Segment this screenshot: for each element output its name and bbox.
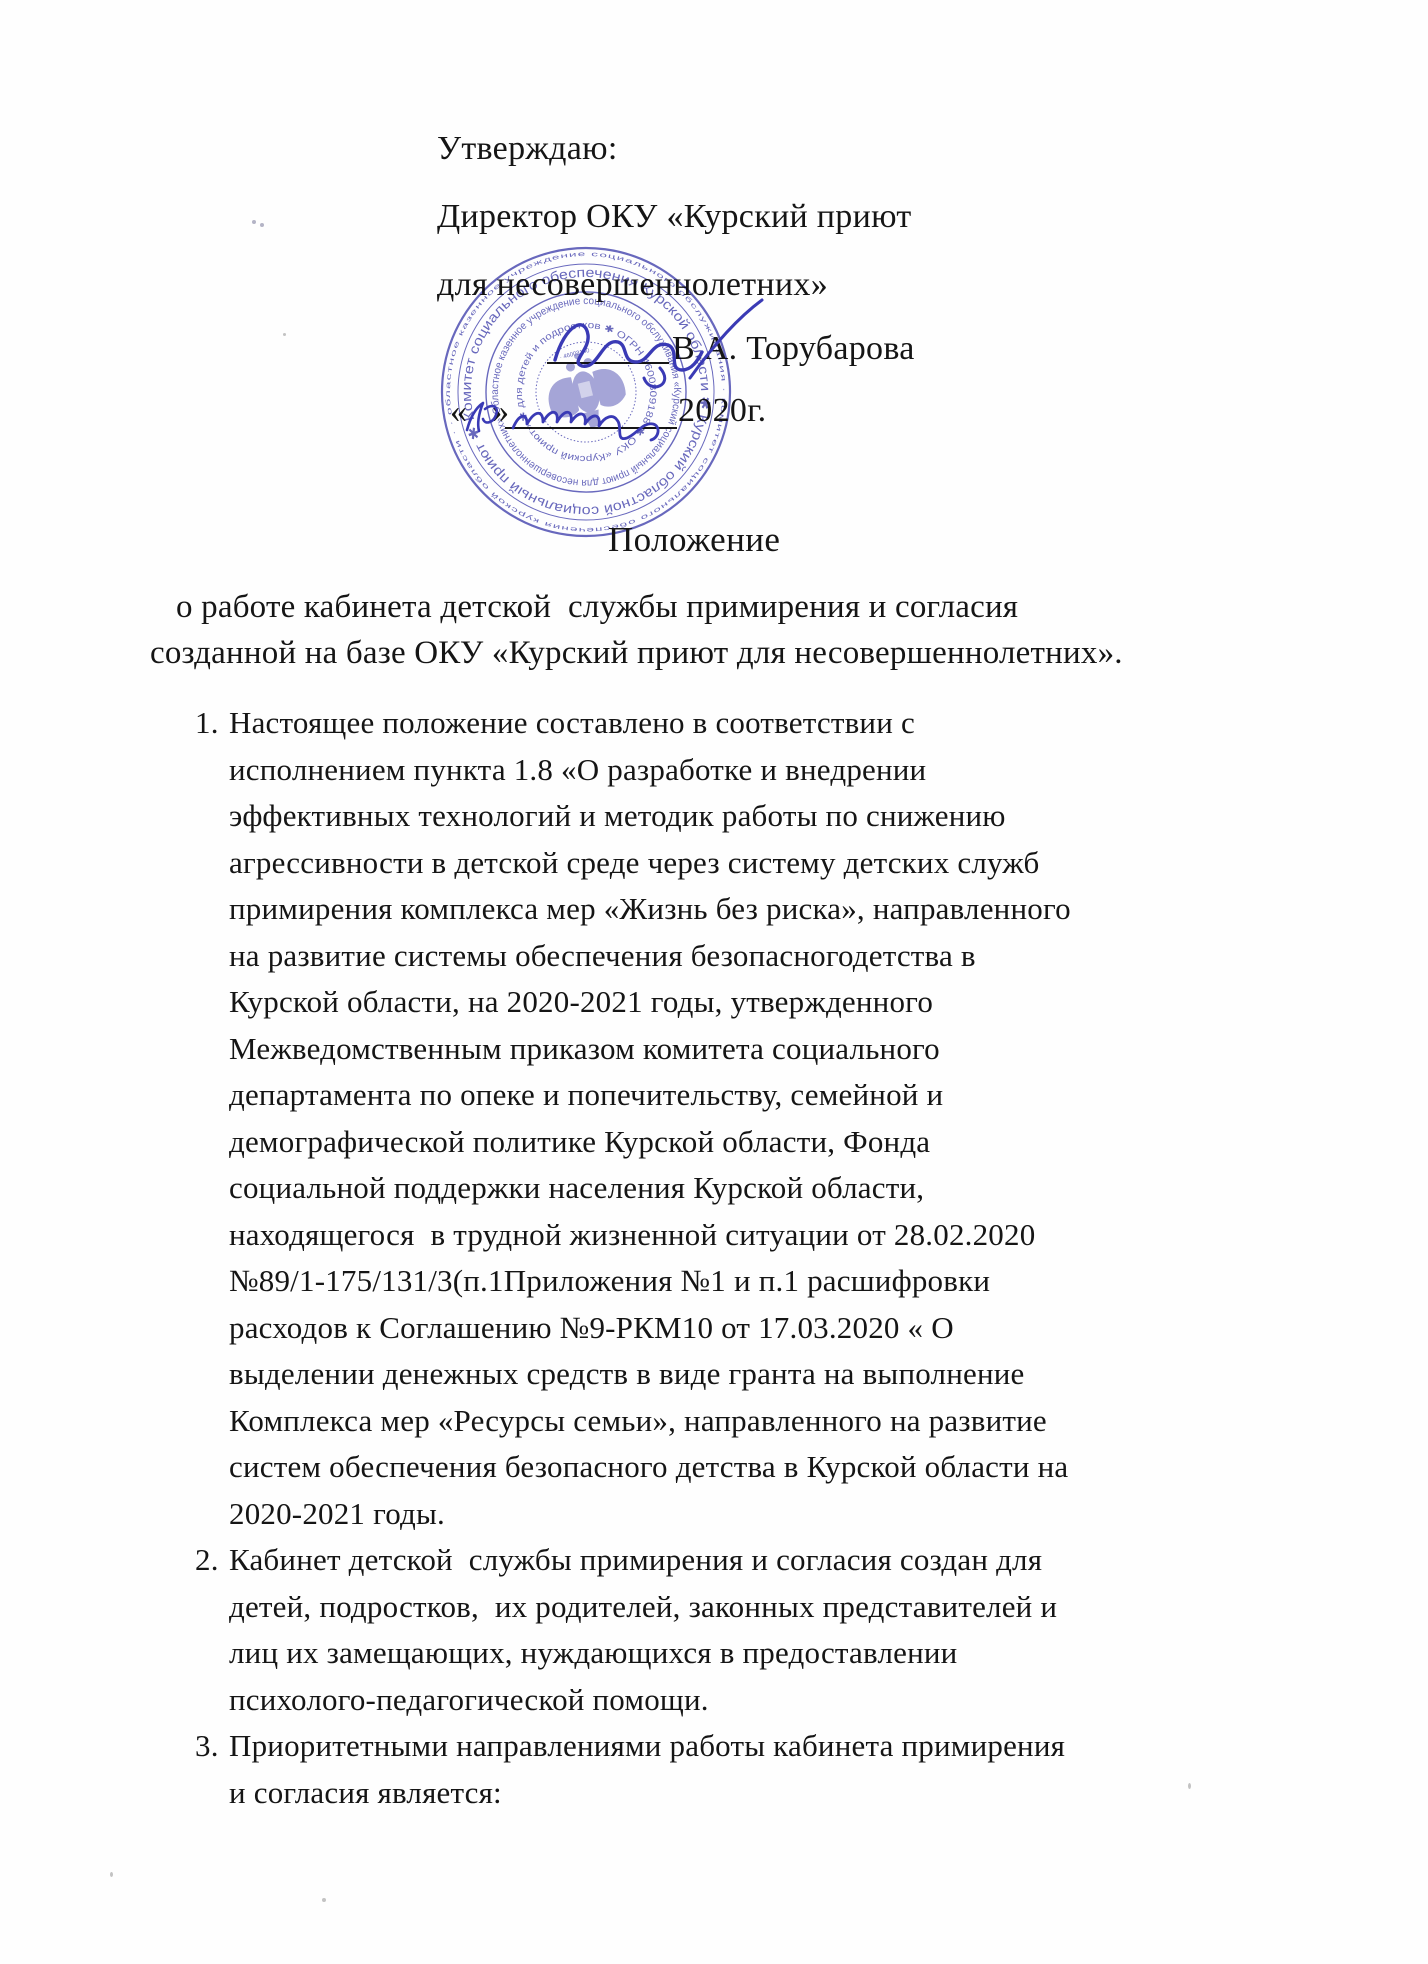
- subtitle-line-1: о работе кабинета детской службы примире…: [176, 589, 1018, 626]
- text-line: департамента по опеке и попечительству, …: [229, 1072, 1195, 1119]
- subtitle-line-2: созданной на базе ОКУ «Курский приют для…: [150, 635, 1123, 672]
- item-number: 3.: [195, 1723, 229, 1770]
- scan-speck: [283, 333, 286, 336]
- document-title: Положение: [608, 520, 780, 560]
- item-lines: Настоящее положение составлено в соответ…: [229, 700, 1195, 1537]
- item-number: 1.: [195, 700, 229, 747]
- text-line: выделении денежных средств в виде гранта…: [229, 1351, 1195, 1398]
- text-line: и согласия является:: [229, 1770, 1195, 1817]
- text-line: Приоритетными направлениями работы кабин…: [229, 1723, 1195, 1770]
- scan-speck: [252, 220, 256, 224]
- list-item: 1. Настоящее положение составлено в соот…: [195, 700, 1195, 1537]
- scan-speck: [1188, 1783, 1191, 1789]
- text-line: Комплекса мер «Ресурсы семьи», направлен…: [229, 1398, 1195, 1445]
- handwritten-signature: [540, 290, 790, 405]
- handwritten-day: [455, 395, 505, 440]
- text-line: агрессивности в детской среде через сист…: [229, 840, 1195, 887]
- text-line: исполнением пункта 1.8 «О разработке и в…: [229, 747, 1195, 794]
- text-line: Настоящее положение составлено в соответ…: [229, 700, 1195, 747]
- text-line: №89/1-175/131/3(п.1Приложения №1 и п.1 р…: [229, 1258, 1195, 1305]
- scan-speck: [110, 1872, 113, 1877]
- text-line: Межведомственным приказом комитета социа…: [229, 1026, 1195, 1073]
- scanned-document-page: Утверждаю: Директор ОКУ «Курский приют д…: [0, 0, 1428, 1964]
- text-line: Курской области, на 2020-2021 годы, утве…: [229, 979, 1195, 1026]
- text-line: детей, подростков, их родителей, законны…: [229, 1584, 1195, 1631]
- list-item: 3. Приоритетными направлениями работы ка…: [195, 1723, 1195, 1816]
- text-line: лиц их замещающих, нуждающихся в предост…: [229, 1630, 1195, 1677]
- item-lines: Кабинет детской службы примирения и согл…: [229, 1537, 1195, 1723]
- item-lines: Приоритетными направлениями работы кабин…: [229, 1723, 1195, 1816]
- document-body: 1. Настоящее положение составлено в соот…: [195, 700, 1195, 1816]
- text-line: расходов к Соглашению №9-РКМ10 от 17.03.…: [229, 1305, 1195, 1352]
- text-line: Кабинет детской службы примирения и согл…: [229, 1537, 1195, 1584]
- numbered-list: 1. Настоящее положение составлено в соот…: [195, 700, 1195, 1816]
- text-line: демографической политике Курской области…: [229, 1119, 1195, 1166]
- text-line: примирения комплекса мер «Жизнь без риск…: [229, 886, 1195, 933]
- handwritten-month: [505, 398, 683, 448]
- scan-speck: [322, 1898, 326, 1902]
- text-line: на развитие системы обеспечения безопасн…: [229, 933, 1195, 980]
- text-line: 2020-2021 годы.: [229, 1491, 1195, 1538]
- text-line: эффективных технологий и методик работы …: [229, 793, 1195, 840]
- item-number: 2.: [195, 1537, 229, 1584]
- text-line: систем обеспечения безопасного детства в…: [229, 1444, 1195, 1491]
- text-line: социальной поддержки населения Курской о…: [229, 1165, 1195, 1212]
- text-line: психолого-педагогической помощи.: [229, 1677, 1195, 1724]
- list-item: 2. Кабинет детской службы примирения и с…: [195, 1537, 1195, 1723]
- text-line: находящегося в трудной жизненной ситуаци…: [229, 1212, 1195, 1259]
- approval-label: Утверждаю:: [437, 130, 618, 168]
